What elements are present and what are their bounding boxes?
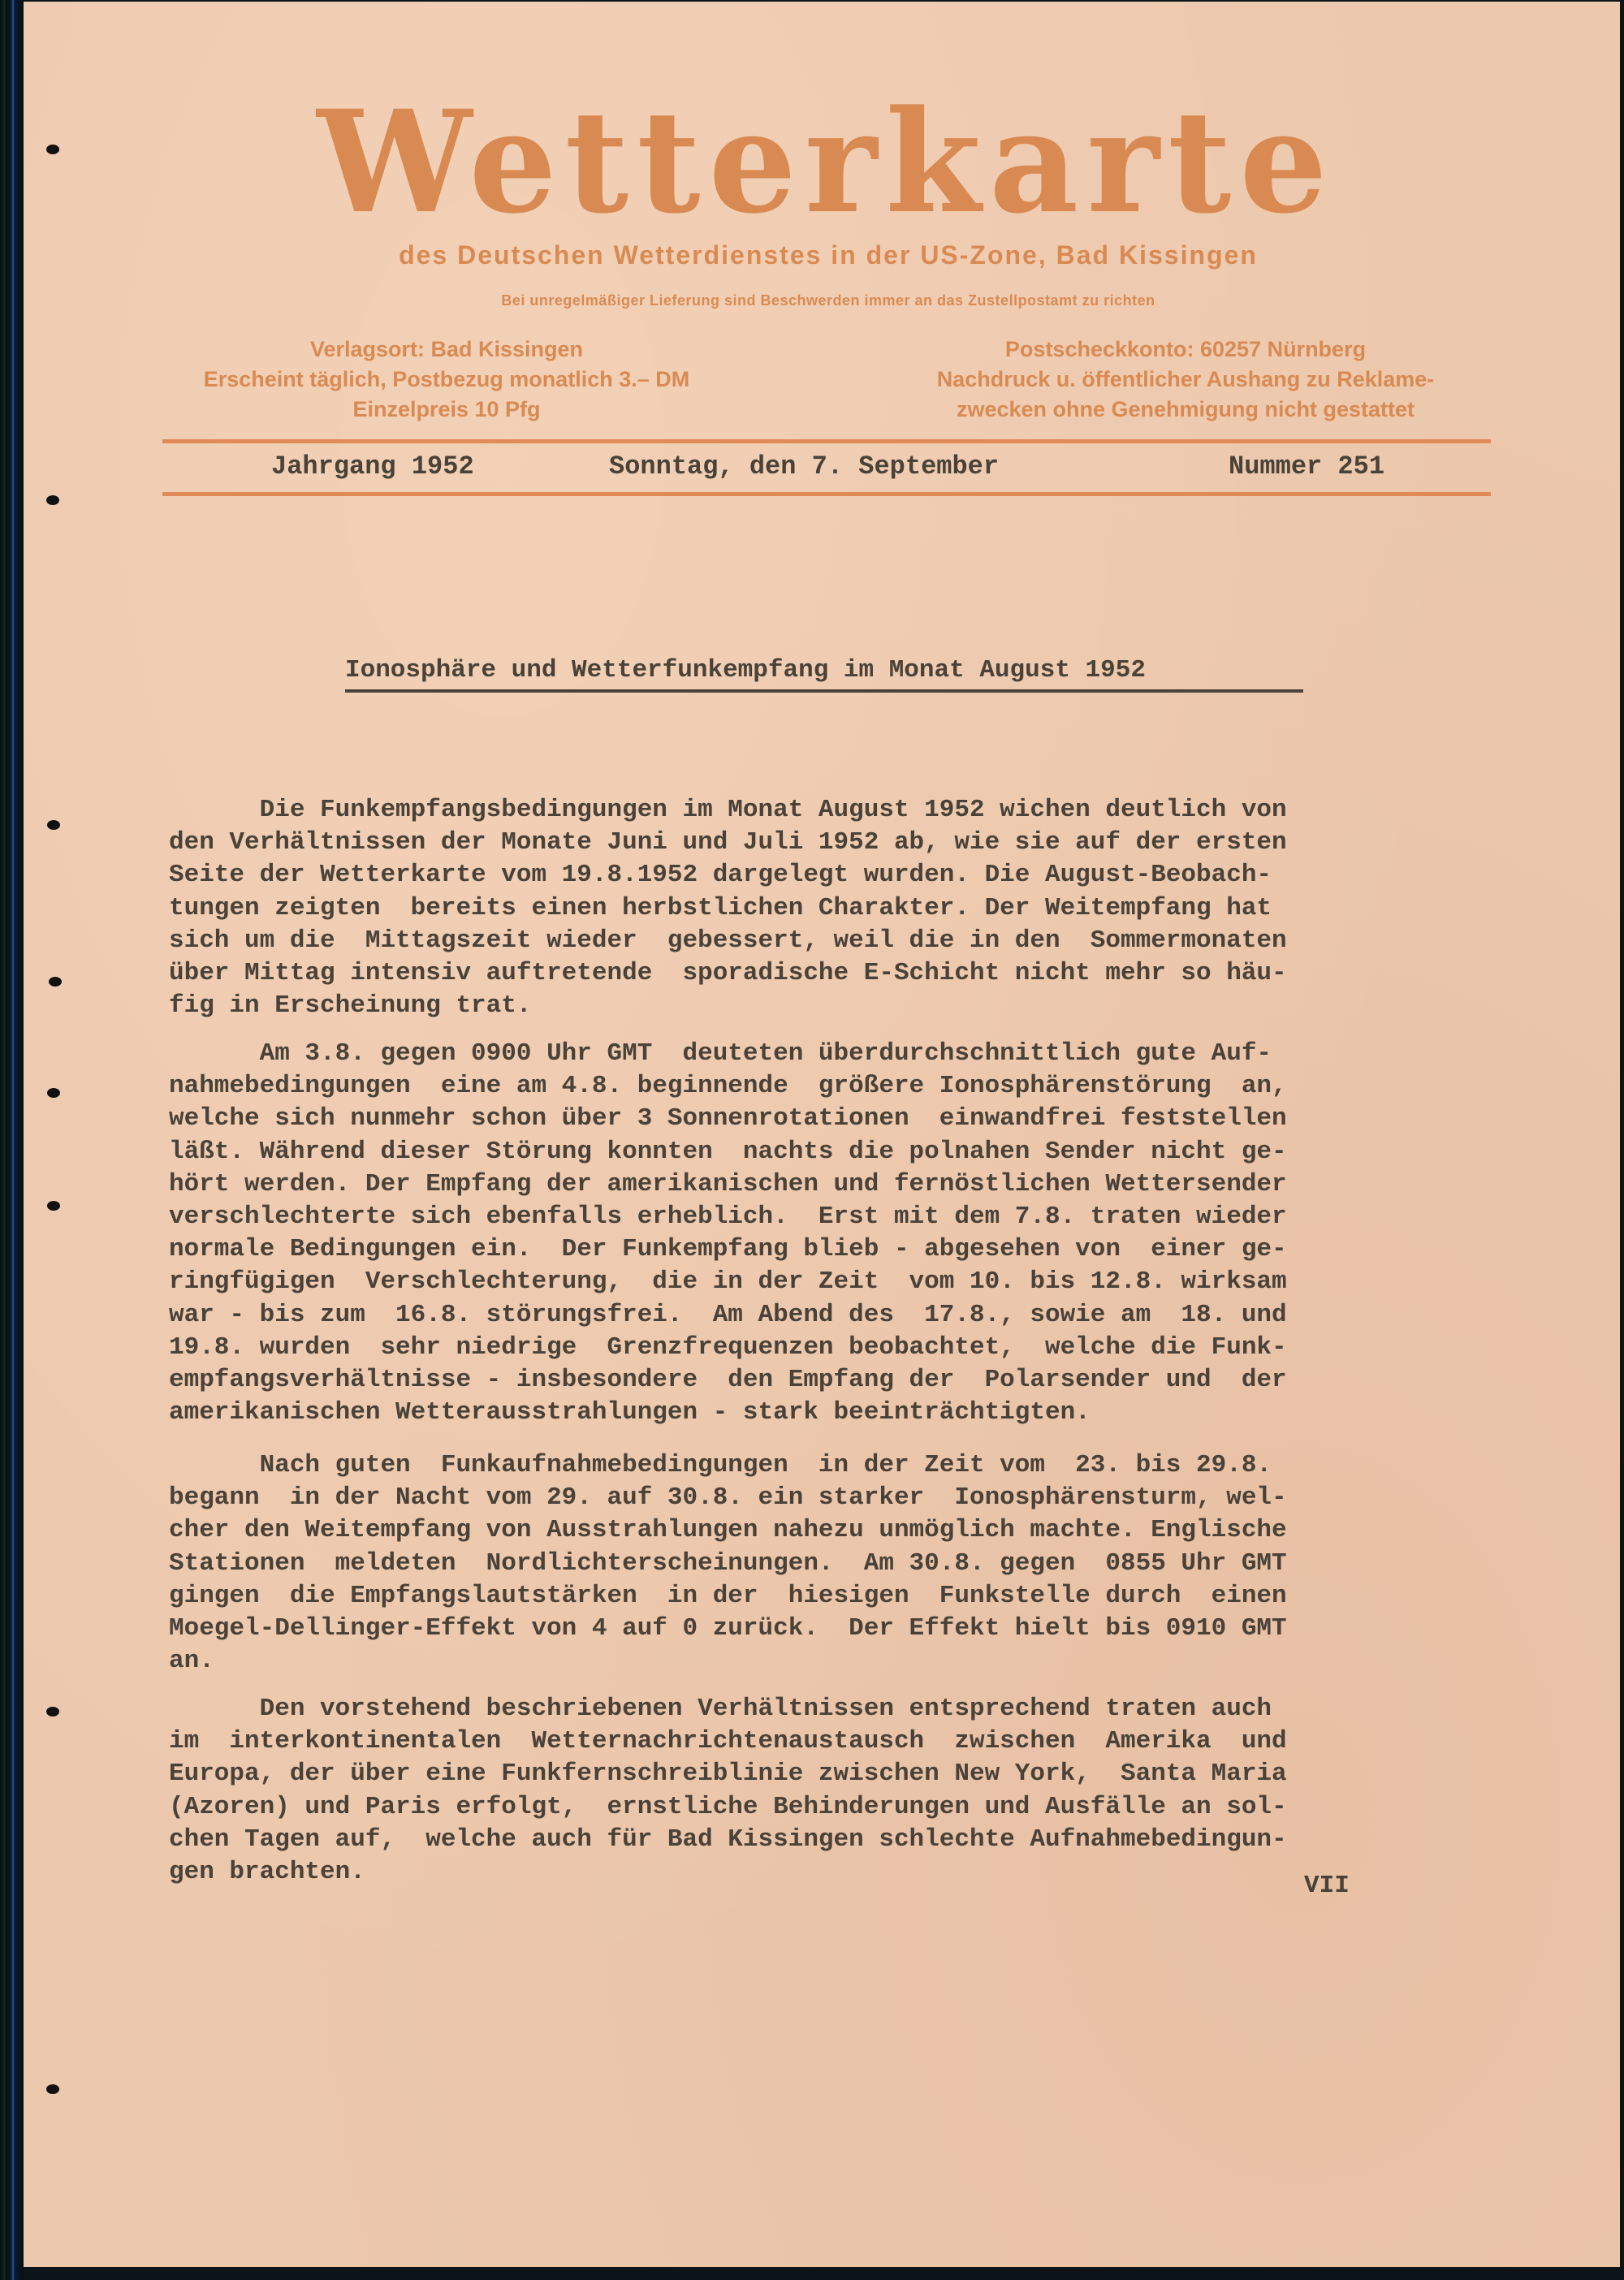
article-paragraph-1: Die Funkempfangsbedingungen im Monat Aug… — [169, 794, 1484, 1022]
punch-hole — [46, 1707, 59, 1716]
publisher-location: Verlagsort: Bad Kissingen — [154, 335, 739, 365]
text-line: Die Funkempfangsbedingungen im Monat Aug… — [169, 794, 1484, 827]
punch-hole — [47, 820, 60, 830]
text-line: tungen zeigten bereits einen herbstliche… — [169, 892, 1484, 925]
text-line: an. — [169, 1645, 1484, 1678]
publication-frequency: Erscheint täglich, Postbezug monatlich 3… — [154, 365, 739, 395]
copyright-info: Postscheckkonto: 60257 Nürnberg Nachdruc… — [893, 335, 1478, 425]
text-line: Stationen meldeten Nordlichterscheinunge… — [169, 1548, 1484, 1580]
punch-hole — [47, 1088, 60, 1098]
publisher-info: Verlagsort: Bad Kissingen Erscheint tägl… — [154, 335, 739, 425]
article-paragraph-4: Den vorstehend beschriebenen Verhältniss… — [169, 1693, 1484, 1889]
issue-date: Sonntag, den 7. September — [609, 451, 999, 487]
text-line: über Mittag intensiv auftretende sporadi… — [169, 957, 1484, 990]
text-line: sich um die Mittagszeit wieder gebessert… — [169, 925, 1484, 957]
dateline-rule-top — [162, 439, 1491, 443]
text-line: empfangsverhältnisse - insbesondere den … — [169, 1364, 1484, 1397]
reprint-notice-line-2: zwecken ohne Genehmigung nicht gestattet — [893, 395, 1478, 425]
punch-hole — [47, 1201, 60, 1211]
article-paragraph-2: Am 3.8. gegen 0900 Uhr GMT deuteten über… — [169, 1038, 1484, 1429]
text-line: Den vorstehend beschriebenen Verhältniss… — [169, 1693, 1484, 1725]
article-paragraph-3: Nach guten Funkaufnahmebedingungen in de… — [169, 1449, 1484, 1678]
text-line: hört werden. Der Empfang der amerikanisc… — [169, 1168, 1484, 1201]
text-line: verschlechterte sich ebenfalls erheblich… — [169, 1201, 1484, 1233]
text-line: gingen die Empfangslautstärken in der hi… — [169, 1580, 1484, 1613]
postal-account: Postscheckkonto: 60257 Nürnberg — [893, 335, 1478, 365]
masthead-subtitle: des Deutschen Wetterdienstes in der US-Z… — [244, 240, 1413, 270]
punch-hole — [46, 495, 59, 505]
text-line: ringfügigen Verschlechterung, die in der… — [169, 1266, 1484, 1298]
text-line: gen brachten. — [169, 1856, 1484, 1889]
text-line: war - bis zum 16.8. störungsfrei. Am Abe… — [169, 1299, 1484, 1332]
text-line: chen Tagen auf, welche auch für Bad Kiss… — [169, 1824, 1484, 1856]
text-line: Nach guten Funkaufnahmebedingungen in de… — [169, 1449, 1484, 1482]
text-line: nahmebedingungen eine am 4.8. beginnende… — [169, 1070, 1484, 1103]
issue-number: Nummer 251 — [1229, 451, 1384, 487]
text-line: fig in Erscheinung trat. — [169, 990, 1484, 1022]
text-line: 19.8. wurden sehr niedrige Grenzfrequenz… — [169, 1332, 1484, 1364]
text-line: den Verhältnissen der Monate Juni und Ju… — [169, 827, 1484, 859]
text-line: im interkontinentalen Wetternachrichtena… — [169, 1725, 1484, 1758]
article-title: Ionosphäre und Wetterfunkempfang im Mona… — [345, 656, 1303, 693]
punch-hole — [46, 145, 59, 154]
text-line: Seite der Wetterkarte vom 19.8.1952 darg… — [169, 859, 1484, 892]
scan-edge-strip — [0, 0, 24, 2280]
text-line: läßt. Während dieser Störung konnten nac… — [169, 1136, 1484, 1168]
punch-hole — [46, 2084, 59, 2094]
page-roman-numeral: VII — [1304, 1872, 1350, 1900]
text-line: cher den Weitempfang von Ausstrahlungen … — [169, 1514, 1484, 1547]
text-line: Europa, der über eine Funkfernschreiblin… — [169, 1758, 1484, 1790]
text-line: Am 3.8. gegen 0900 Uhr GMT deuteten über… — [169, 1038, 1484, 1070]
text-line: begann in der Nacht vom 29. auf 30.8. ei… — [169, 1482, 1484, 1514]
text-line: welche sich nunmehr schon über 3 Sonnenr… — [169, 1103, 1484, 1135]
text-line: (Azoren) und Paris erfolgt, ernstliche B… — [169, 1791, 1484, 1824]
text-line: amerikanischen Wetterausstrahlungen - st… — [169, 1397, 1484, 1429]
masthead-title: Wetterkarte — [284, 92, 1368, 232]
text-line: Moegel-Dellinger-Effekt von 4 auf 0 zurü… — [169, 1613, 1484, 1645]
reprint-notice-line-1: Nachdruck u. öffentlicher Aushang zu Rek… — [893, 365, 1478, 395]
single-price: Einzelpreis 10 Pfg — [154, 395, 739, 425]
text-line: normale Bedingungen ein. Der Funkempfang… — [169, 1233, 1484, 1266]
volume-label: Jahrgang 1952 — [271, 451, 474, 487]
masthead-complaint-note: Bei unregelmäßiger Lieferung sind Beschw… — [244, 292, 1413, 309]
punch-hole — [49, 977, 62, 987]
dateline-rule-bottom — [162, 492, 1491, 496]
